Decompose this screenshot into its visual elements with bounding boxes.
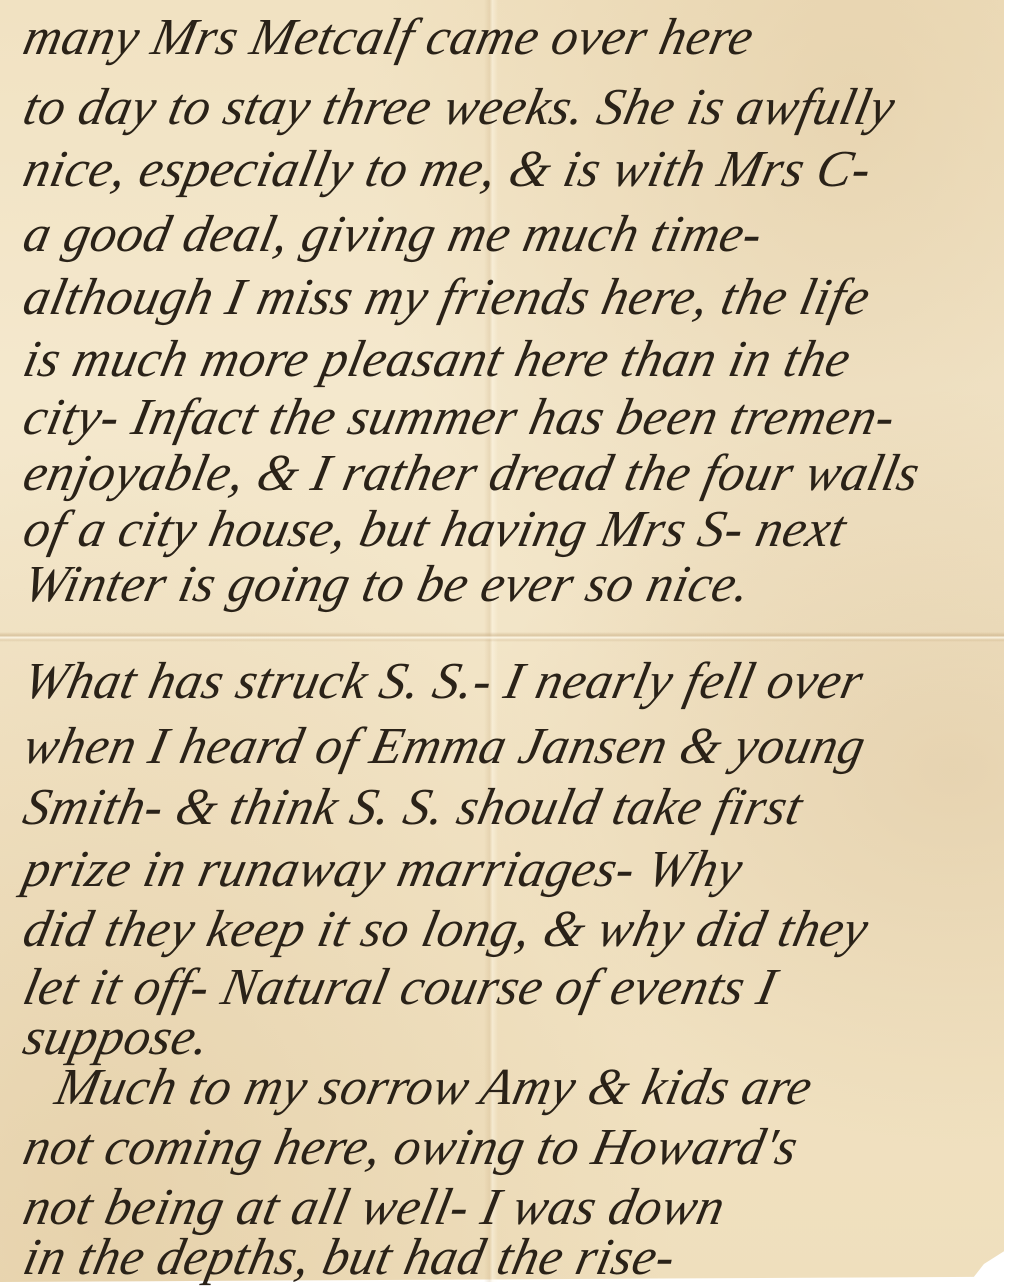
letter-body: many Mrs Metcalf came over here to day t… [0, 0, 1004, 1282]
letter-line: enjoyable, & I rather dread the four wal… [18, 444, 1011, 504]
letter-line: nice, especially to me, & is with Mrs C- [18, 140, 1011, 200]
letter-line: did they keep it so long, & why did they [18, 900, 1011, 960]
letter-line: when I heard of Emma Jansen & young [18, 717, 1011, 777]
letter-line: city- Infact the summer has been tremen- [18, 388, 1011, 448]
letter-line: Much to my sorrow Amy & kids are [50, 1058, 1014, 1118]
letter-line: many Mrs Metcalf came over here [18, 8, 1011, 68]
letter-line: in the depths, but had the rise- [18, 1228, 1011, 1288]
letter-line: is much more pleasant here than in the [18, 330, 1011, 390]
letter-line: although I miss my friends here, the lif… [18, 268, 1011, 328]
letter-line: to day to stay three weeks. She is awful… [18, 78, 1011, 138]
letter-line: a good deal, giving me much time- [18, 205, 1011, 265]
letter-line: not coming here, owing to Howard's [18, 1118, 1011, 1178]
letter-line: Smith- & think S. S. should take first [18, 778, 1011, 838]
letter-line: prize in runaway marriages- Why [18, 840, 1011, 900]
letter-line: Winter is going to be ever so nice. [18, 555, 1011, 615]
letter-line: of a city house, but having Mrs S- next [18, 500, 1011, 560]
letter-line: What has struck S. S.- I nearly fell ove… [18, 652, 1011, 712]
